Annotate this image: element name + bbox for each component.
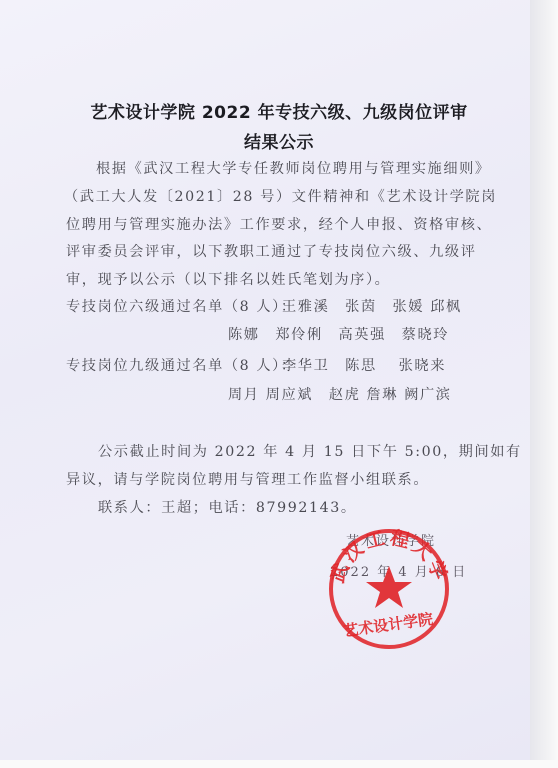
document-subtitle: 结果公示 (0, 128, 558, 153)
body-line: 评审委员会评审，以下教职工通过了专技岗位六级、九级评 (66, 241, 476, 261)
level9-names-row1: 李华卫 陈思 张晓来 (282, 355, 446, 375)
contact-line: 联系人：王超；电话：87992143。 (98, 497, 357, 517)
level9-names-row2: 周月 周应斌 赵虎 詹琳 阙广滨 (228, 384, 452, 404)
body-line: 审，现予以公示（以下排名以姓氏笔划为序）。 (66, 269, 390, 289)
level6-label: 专技岗位六级通过名单（8 人）： (66, 296, 297, 316)
level6-names-row2: 陈娜 郑伶俐 高英强 蔡晓玲 (228, 324, 449, 344)
scan-bottom-edge (0, 760, 558, 768)
notice-line: 异议，请与学院岗位聘用与管理工作监督小组联系。 (66, 469, 429, 489)
body-line: 根据《武汉工程大学专任教师岗位聘用与管理实施细则》 (96, 158, 491, 178)
star-icon (366, 566, 412, 608)
level9-label: 专技岗位九级通过名单（8 人）： (66, 355, 297, 375)
body-line: （武工大人发〔2021〕28 号）文件精神和《艺术设计学院岗 (64, 186, 497, 206)
body-line: 位聘用与管理实施办法》工作要求，经个人申报、资格审核、 (66, 214, 492, 234)
official-seal: 武汉工程大学 艺术设计学院 (322, 522, 456, 656)
document-title: 艺术设计学院 2022 年专技六级、九级岗位评审 (0, 98, 558, 123)
notice-line: 公示截止时间为 2022 年 4 月 15 日下午 5:00，期间如有 (98, 441, 522, 461)
level6-names-row1: 王雅溪 张茵 张媛 邱枫 (282, 296, 462, 316)
